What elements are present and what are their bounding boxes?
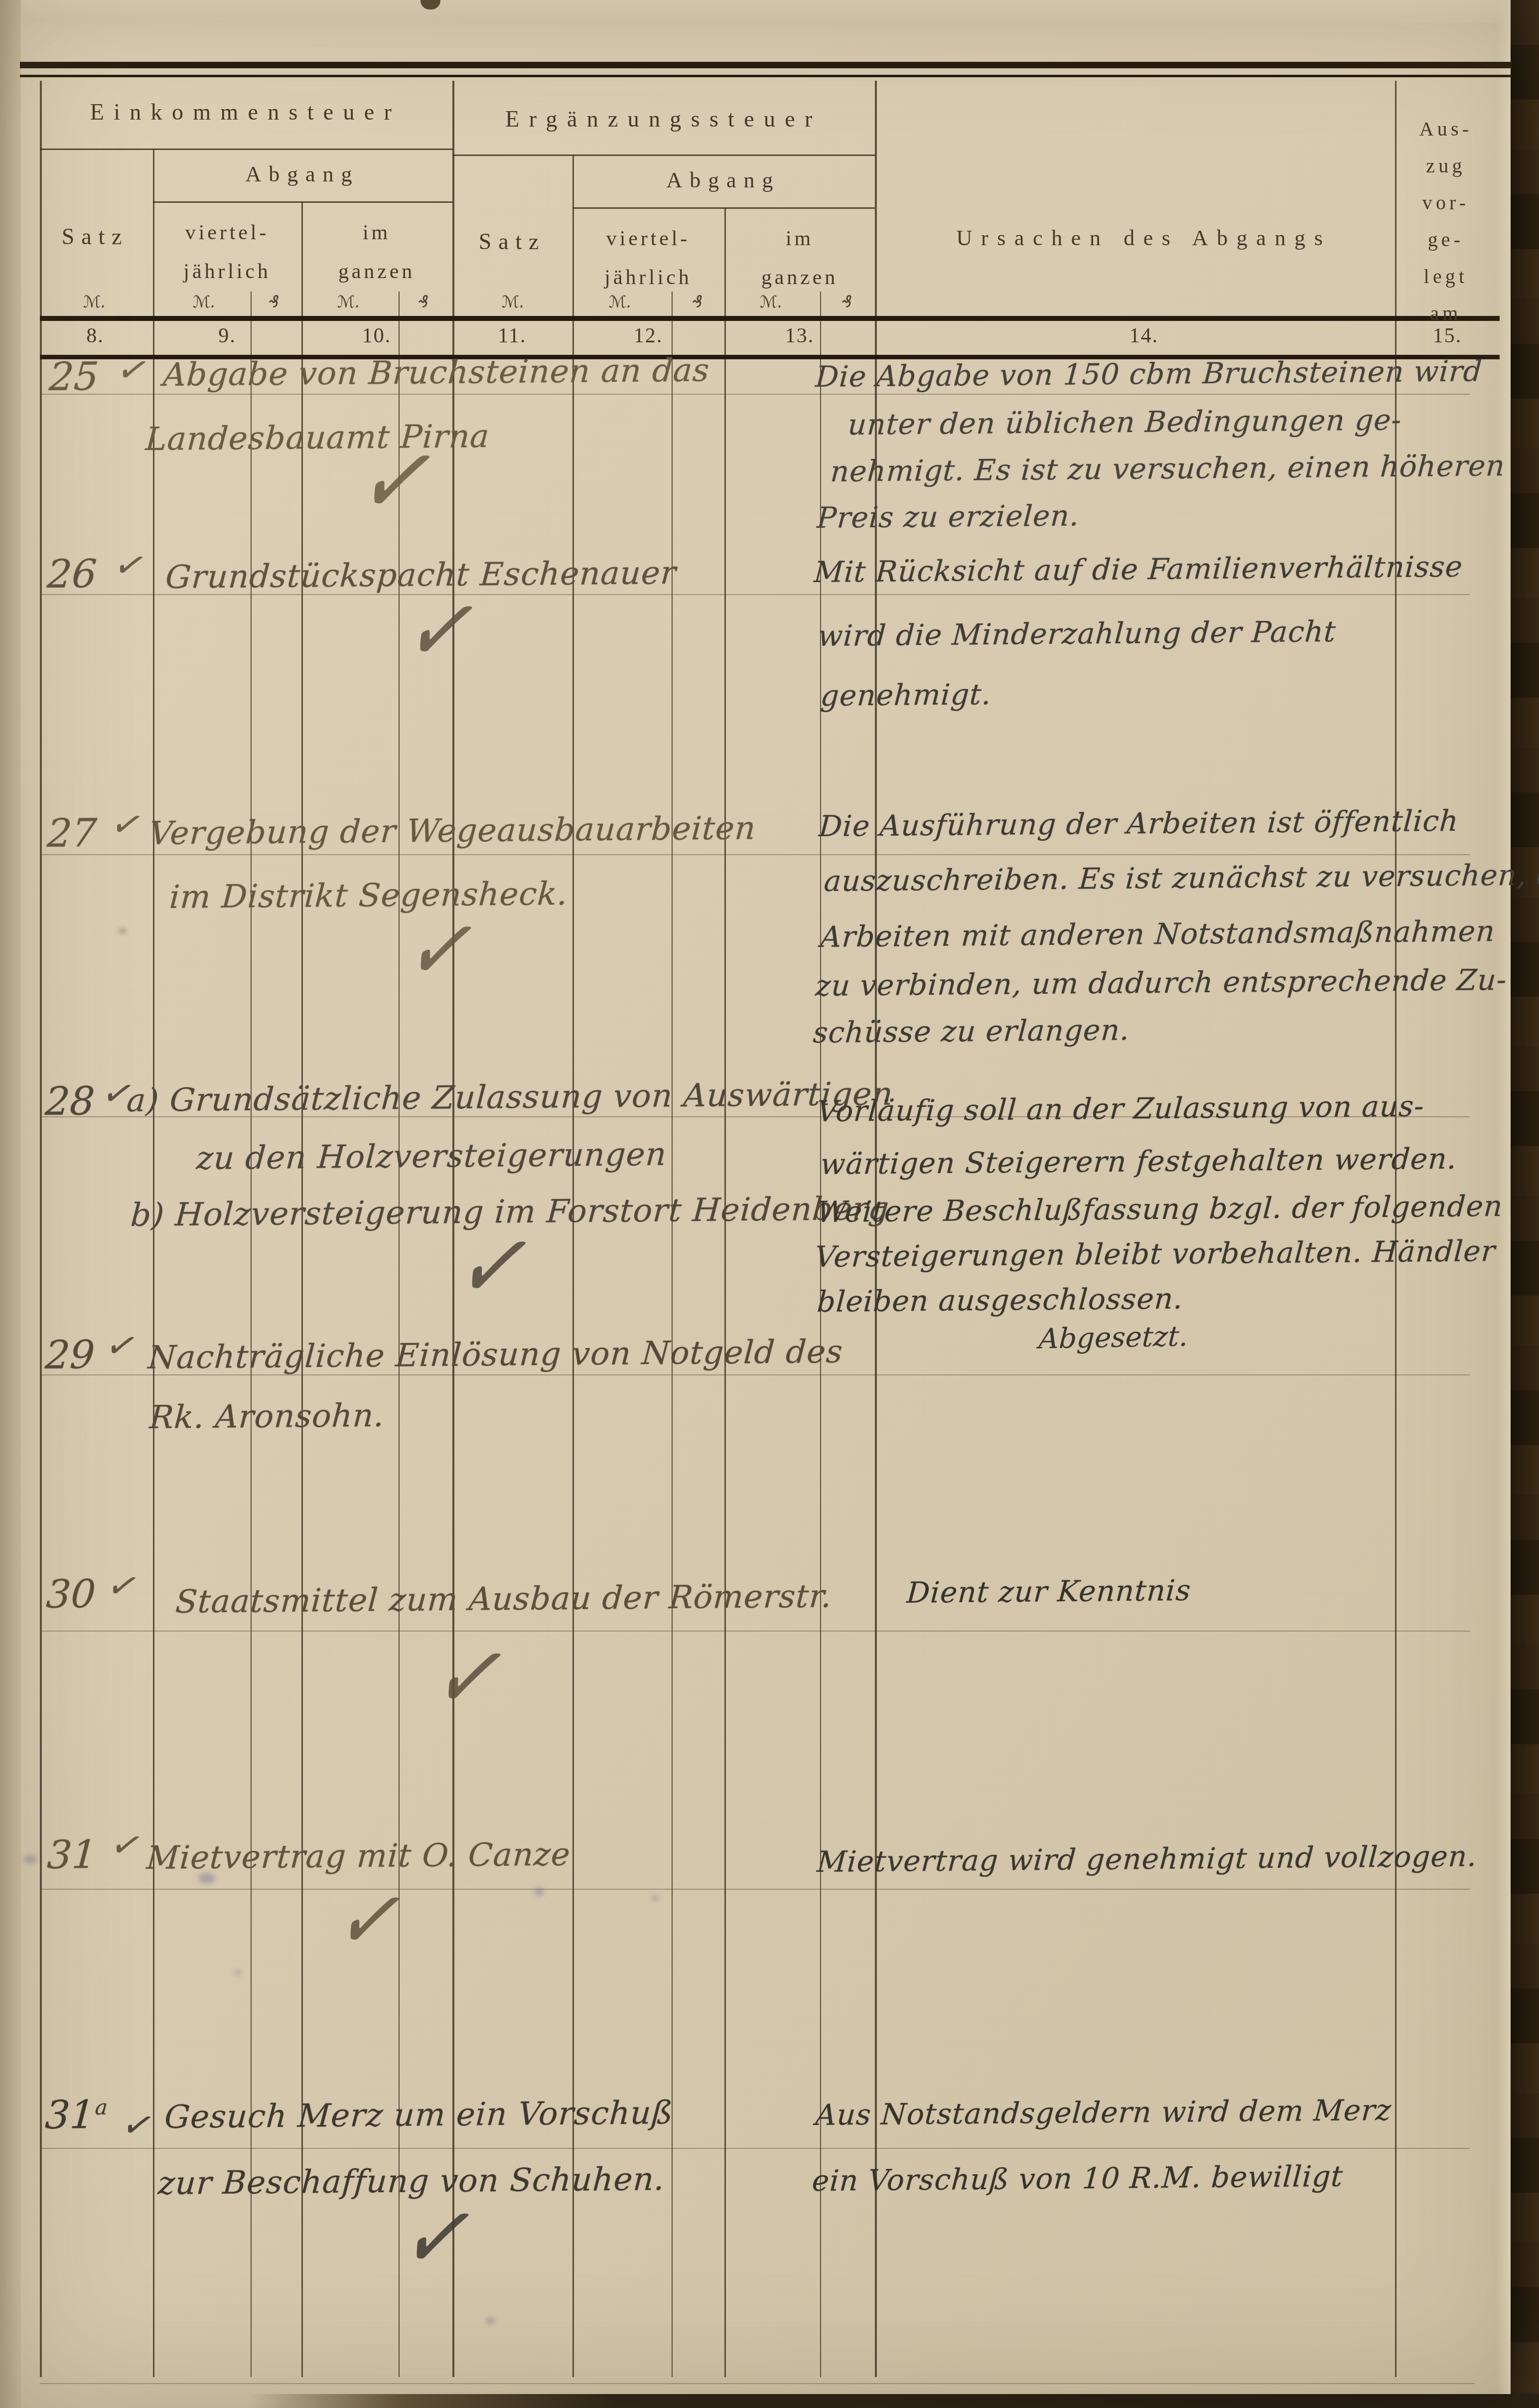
table-grid-line-vertical <box>40 81 42 2377</box>
mark-symbol: ℳ. <box>609 292 632 311</box>
pfennig-symbol: ₰ <box>419 292 429 311</box>
cause-line: Vorläufig soll an der Zulassung von aus- <box>816 1089 1425 1128</box>
table-grid-line-vertical <box>724 208 726 2377</box>
ink-stain <box>486 2317 495 2324</box>
header-einkommensteuer: Einkommensteuer <box>90 99 402 125</box>
pfennig-symbol: ₰ <box>842 292 852 311</box>
completion-check-icon: ✓ <box>424 1627 520 1730</box>
pfennig-symbol: ₰ <box>269 292 280 311</box>
entry-check-icon: ✓ <box>109 542 152 588</box>
ink-stain <box>534 1888 544 1896</box>
cause-line: schüsse zu erlangen. <box>812 1013 1131 1050</box>
scan-edge-right <box>1511 0 1539 2408</box>
cause-line: wärtigen Steigerern festgehalten werden. <box>820 1142 1458 1181</box>
entry-rule-line <box>41 394 1470 395</box>
table-grid-line-vertical <box>672 292 673 2377</box>
entry-check-icon: ✓ <box>106 801 149 847</box>
ink-stain <box>198 1873 215 1884</box>
cause-line: Mietvertrag wird genehmigt und vollzogen… <box>816 1839 1478 1879</box>
table-grid-line-horizontal <box>153 201 452 203</box>
header-vierteljaehrlich-ergaenzungssteuer: viertel- jährlich <box>604 219 692 297</box>
entry-line: Nachträgliche Einlösung von Notgeld des <box>147 1334 844 1376</box>
entry-rule-line <box>41 2148 1470 2149</box>
cause-line: Die Abgabe von 150 cbm Bruchsteinen wird <box>815 354 1483 394</box>
entry-check-icon: ✓ <box>112 347 155 393</box>
column-number: 9. <box>218 324 236 348</box>
cause-line: Dient zur Kenntnis <box>906 1573 1192 1610</box>
header-abgang-ergaenzungssteuer: Abgang <box>666 167 780 193</box>
cause-line: Arbeiten mit anderen Notstandsmaßnahmen <box>820 914 1496 954</box>
cause-line: Die Ausführung der Arbeiten ist öffentli… <box>818 804 1460 843</box>
entry-number: 31a <box>44 2093 109 2138</box>
table-grid-line-horizontal <box>40 2383 1475 2384</box>
table-grid-line-horizontal <box>40 316 1500 321</box>
table-grid-line-horizontal <box>40 149 452 150</box>
entry-line: Grundstückspacht Eschenauer <box>164 555 678 596</box>
cause-line: ein Vorschuß von 10 R.M. bewilligt <box>811 2159 1344 2198</box>
header-satz-ergaenzungssteuer: Satz <box>479 228 546 255</box>
entry-line: zu den Holzversteigerungen <box>195 1136 668 1177</box>
entry-line: zur Beschaffung von Schuhen. <box>157 2161 666 2202</box>
header-auszug-vorgelegt-am: Aus- zug vor- ge- legt am <box>1419 111 1473 332</box>
ledger-scan-page: Einkommensteuer Ergänzungssteuer Abgang … <box>0 0 1539 2408</box>
table-grid-line-vertical <box>153 150 154 2377</box>
header-abgang-einkommensteuer: Abgang <box>245 161 359 187</box>
completion-check-icon: ✓ <box>328 1873 418 1969</box>
ink-stain <box>234 1969 241 1975</box>
note-abgesetzt: Abgesetzt. <box>1038 1320 1189 1355</box>
entry-line: Staatsmittel zum Ausbau der Römerstr. <box>174 1578 833 1621</box>
cause-line: zu verbinden, um dadurch entsprechende Z… <box>815 963 1508 1003</box>
column-number: 13. <box>785 324 815 348</box>
entry-check-icon: ✓ <box>102 1563 145 1609</box>
header-ergaenzungssteuer: Ergänzungssteuer <box>505 106 822 132</box>
cause-line: Aus Notstandsgeldern wird dem Merz <box>815 2093 1393 2132</box>
entry-number: 30 <box>45 1572 97 1617</box>
cause-line: wird die Minderzahlung der Pacht <box>817 614 1337 653</box>
column-number: 10. <box>362 324 392 348</box>
mark-symbol: ℳ. <box>83 292 106 311</box>
pfennig-symbol: ₰ <box>693 292 703 311</box>
header-vierteljaehrlich-einkommensteuer: viertel- jährlich <box>183 213 271 291</box>
completion-check-icon: ✓ <box>398 901 490 1001</box>
mark-symbol: ℳ. <box>193 292 216 311</box>
table-grid-line-vertical <box>399 292 400 2377</box>
cause-line: genehmigt. <box>820 677 992 713</box>
table-grid-line-horizontal <box>20 62 1512 68</box>
mark-symbol: ℳ. <box>760 292 783 311</box>
table-grid-line-vertical <box>572 155 574 2377</box>
entry-line: Gesuch Merz um ein Vorschuß <box>163 2095 675 2136</box>
scan-edge-top <box>0 0 1539 23</box>
mark-symbol: ℳ. <box>337 292 360 311</box>
entry-line: Abgabe von Bruchsteinen an das <box>162 352 710 394</box>
scan-edge-bottom <box>0 2394 1539 2408</box>
entry-line: a) Grundsätzliche Zulassung von Auswärti… <box>126 1076 894 1119</box>
column-number: 14. <box>1129 324 1159 348</box>
entry-number: 26 <box>46 552 98 597</box>
entry-rule-line <box>41 1889 1470 1890</box>
entry-number: 27 <box>46 811 98 856</box>
cause-line: Preis zu erzielen. <box>816 498 1080 535</box>
column-number: 8. <box>86 324 104 348</box>
entry-line: im Distrikt Segensheck. <box>168 876 569 916</box>
cause-line: Mit Rücksicht auf die Familienverhältnis… <box>813 550 1464 589</box>
header-satz-einkommensteuer: Satz <box>62 223 129 250</box>
entry-line: Rk. Aronsohn. <box>148 1397 386 1436</box>
table-grid-line-horizontal <box>572 207 875 209</box>
entry-number: 25 <box>48 354 100 400</box>
cause-line: nehmigt. Es ist zu versuchen, einen höhe… <box>830 449 1506 488</box>
table-grid-line-vertical <box>301 202 303 2377</box>
entry-check-icon: ✓ <box>101 1323 143 1368</box>
ink-stain <box>24 1855 37 1864</box>
entry-rule-line <box>41 1631 1470 1632</box>
entry-number: 31 <box>46 1832 98 1878</box>
entry-line: Vergebung der Wegeausbauarbeiten <box>148 810 757 852</box>
cause-line: auszuschreiben. Es ist zunächst zu versu… <box>823 858 1539 898</box>
column-number: 11. <box>498 324 527 348</box>
mark-symbol: ℳ. <box>502 292 525 311</box>
table-grid-line-horizontal <box>452 154 875 156</box>
table-grid-line-horizontal <box>20 75 1512 77</box>
header-im-ganzen-ergaenzungssteuer: im ganzen <box>761 219 838 297</box>
completion-check-icon: ✓ <box>396 580 492 683</box>
ink-stain <box>119 928 127 934</box>
entry-number: 29 <box>44 1333 96 1378</box>
header-im-ganzen-einkommensteuer: im ganzen <box>338 213 415 291</box>
entry-check-icon: ✓ <box>106 1822 148 1868</box>
header-ursachen-des-abgangs: Ursachen des Abgangs <box>957 225 1332 251</box>
table-grid-line-vertical <box>251 292 252 2377</box>
cause-line: Versteigerungen bleibt vorbehalten. Händ… <box>814 1234 1497 1274</box>
cause-line: Weitere Beschlußfassung bzgl. der folgen… <box>816 1189 1504 1229</box>
cause-line: bleiben ausgeschlossen. <box>816 1282 1184 1319</box>
entry-number: 28 <box>44 1079 96 1124</box>
scan-edge-left <box>0 0 21 2408</box>
cause-line: unter den üblichen Bedingungen ge- <box>847 403 1403 442</box>
column-number: 12. <box>634 324 663 348</box>
column-number: 15. <box>1433 324 1462 348</box>
ink-stain <box>652 1895 659 1901</box>
completion-check-icon: ✓ <box>393 2187 488 2290</box>
entry-rule-line <box>41 854 1470 855</box>
